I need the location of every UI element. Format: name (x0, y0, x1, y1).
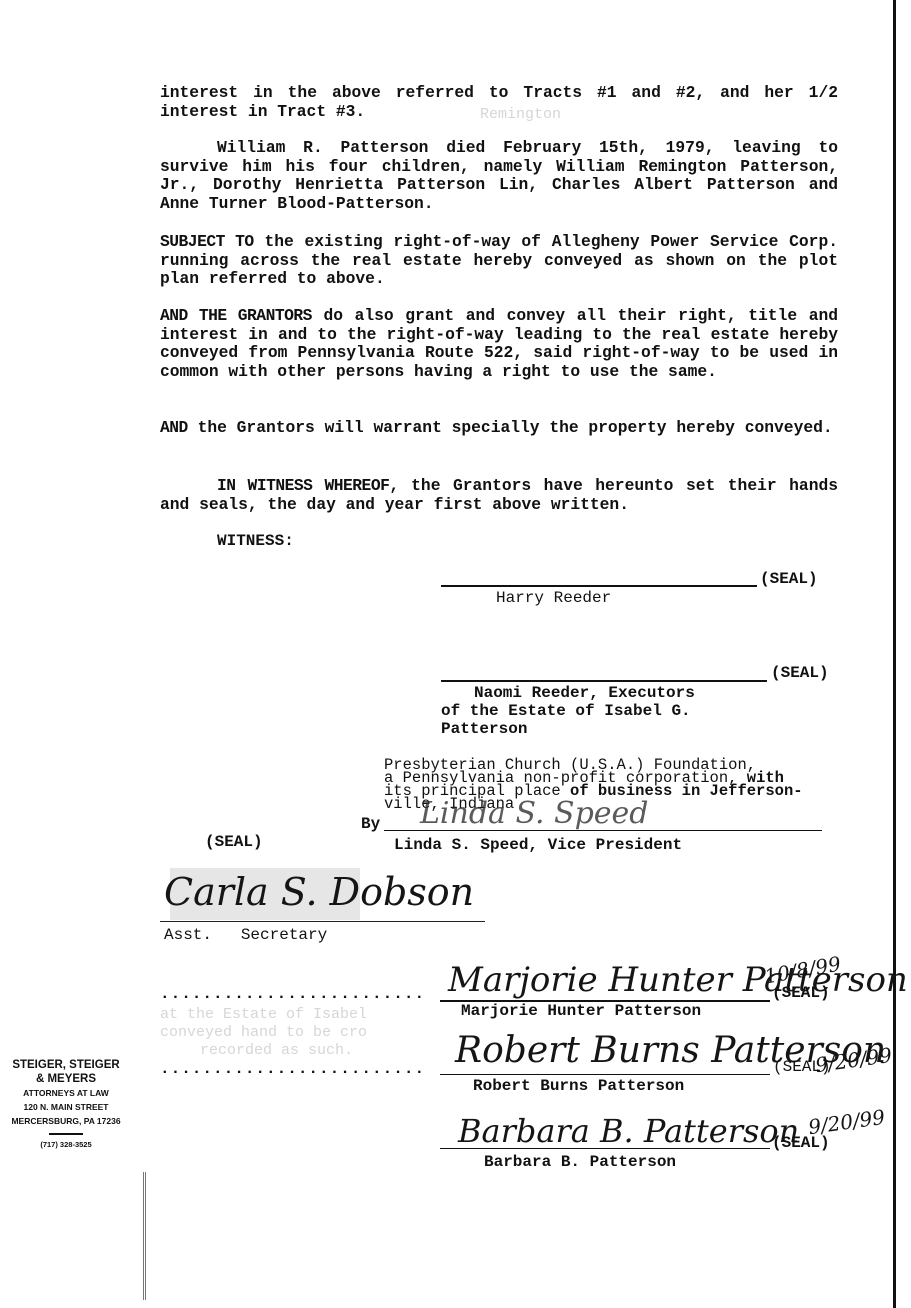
signer-name-barbara: Barbara B. Patterson (484, 1153, 676, 1171)
dotted-witness-line: ......................... (160, 985, 425, 1003)
paragraph-subject-to: SUBJECT TO the existing right-of-way of … (160, 233, 838, 289)
seal-label: (SEAL) (760, 570, 818, 588)
and-the-grantors-heading: AND THE GRANTORS (160, 306, 312, 325)
paragraph-william-patterson: William R. Patterson died February 15th,… (160, 139, 838, 213)
firm-line: ATTORNEYS AT LAW (0, 1086, 132, 1100)
firm-name: STEIGER, STEIGER (0, 1058, 132, 1072)
subject-to-heading: SUBJECT TO (160, 232, 254, 251)
bleed-through-text: recorded as such. (200, 1042, 353, 1059)
paragraph-warranty: AND the Grantors will warrant specially … (160, 419, 838, 438)
page-edge-right (893, 0, 896, 1308)
handwritten-signature-linda-speed: Linda S. Speed (420, 796, 649, 831)
secretary-title: Asst. Secretary (164, 926, 327, 944)
signature-line-naomi (441, 680, 767, 682)
paragraph-and-the-grantors: AND THE GRANTORS do also grant and conve… (160, 307, 838, 381)
handwritten-signature-carla-dobson: Carla S. Dobson (164, 870, 474, 914)
signature-line-harry (441, 585, 757, 587)
handwritten-signature-barbara: Barbara B. Patterson (458, 1112, 799, 1150)
by-label: By (361, 815, 380, 833)
page-edge-left-fold (143, 1172, 146, 1300)
signer-title-line: Patterson (441, 720, 527, 738)
signer-name-marjorie: Marjorie Hunter Patterson (461, 1002, 701, 1020)
signer-name-harry-reeder: Harry Reeder (496, 589, 611, 607)
seal-label: (SEAL) (773, 1058, 831, 1076)
signature-line-robert (440, 1074, 770, 1075)
dotted-witness-line: ......................... (160, 1060, 425, 1078)
corporate-seal-label: (SEAL) (205, 833, 263, 851)
witness-label: WITNESS: (217, 532, 294, 550)
paragraph-in-witness-whereof: IN WITNESS WHEREOF, the Grantors have he… (160, 477, 838, 514)
signer-name-robert: Robert Burns Patterson (473, 1077, 684, 1095)
signer-title-line: of the Estate of Isabel G. (441, 702, 691, 720)
signer-name-naomi-reeder: Naomi Reeder, Executors (474, 684, 695, 702)
signer-name-linda-speed: Linda S. Speed, Vice President (394, 836, 682, 854)
law-firm-block: STEIGER, STEIGER & MEYERS ATTORNEYS AT L… (0, 1058, 132, 1149)
bleed-through-text: at the Estate of Isabel (160, 1006, 367, 1023)
seal-label: (SEAL) (771, 664, 829, 682)
firm-divider (49, 1133, 83, 1135)
seal-label: (SEAL) (772, 1134, 830, 1152)
firm-phone: (717) 328-3525 (0, 1140, 132, 1149)
firm-city: MERCERSBURG, PA 17236 (0, 1114, 132, 1128)
firm-name: & MEYERS (0, 1072, 132, 1086)
bleed-through-text: conveyed hand to be cro (160, 1024, 367, 1041)
signature-line-secretary (160, 921, 485, 922)
firm-address: 120 N. MAIN STREET (0, 1100, 132, 1114)
paragraph-tract-interest: interest in the above referred to Tracts… (160, 84, 838, 121)
seal-label: (SEAL) (772, 984, 830, 1002)
